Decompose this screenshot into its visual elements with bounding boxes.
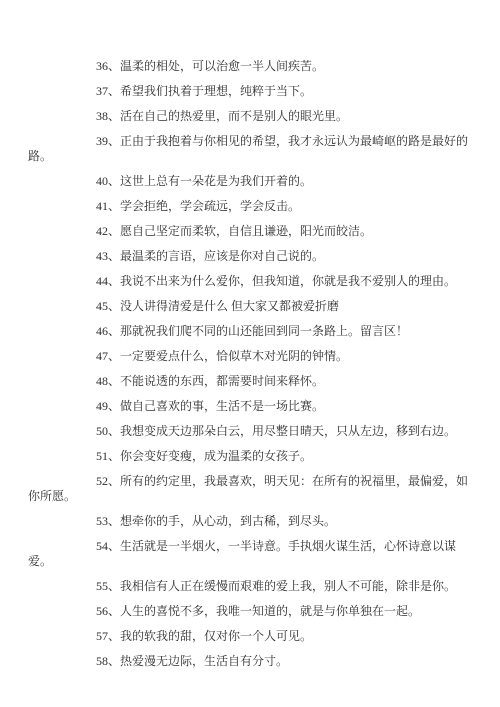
quote-item-39: 39、正由于我抱着与你相见的希望，我才永远认为最崎岖的路是最好的路。	[28, 134, 473, 164]
quote-item-36: 36、温柔的相处，可以治愈一半人间疾苦。	[28, 59, 473, 74]
quote-item-42: 42、愿自己坚定而柔软，自信且谦逊，阳光而皎洁。	[28, 224, 473, 239]
quote-item-54: 54、生活就是一半烟火，一半诗意。手执烟火谋生活，心怀诗意以谋爱。	[28, 539, 473, 569]
quote-item-48: 48、不能说透的东西，都需要时间来释怀。	[28, 374, 473, 389]
quote-item-44: 44、我说不出来为什么爱你，但我知道，你就是我不爱别人的理由。	[28, 274, 473, 289]
quote-item-47: 47、一定要爱点什么，恰似草木对光阴的钟情。	[28, 349, 473, 364]
quote-item-55: 55、我相信有人正在缓慢而艰难的爱上我，别人不可能，除非是你。	[28, 579, 473, 594]
document-page: 36、温柔的相处，可以治愈一半人间疾苦。 37、希望我们执着于理想，纯粹于当下。…	[0, 0, 500, 707]
quote-item-58: 58、热爱漫无边际，生活自有分寸。	[28, 654, 473, 669]
quote-item-57: 57、我的软我的甜，仅对你一个人可见。	[28, 629, 473, 644]
quote-item-51: 51、你会变好变瘦，成为温柔的女孩子。	[28, 449, 473, 464]
quote-item-38: 38、活在自己的热爱里，而不是别人的眼光里。	[28, 109, 473, 124]
quote-item-37: 37、希望我们执着于理想，纯粹于当下。	[28, 84, 473, 99]
quote-item-45: 45、没人讲得清爱是什么 但大家又都被爱折磨	[28, 299, 473, 314]
quote-item-40: 40、这世上总有一朵花是为我们开着的。	[28, 174, 473, 189]
quote-item-41: 41、学会拒绝，学会疏远，学会反击。	[28, 199, 473, 214]
quote-item-49: 49、做自己喜欢的事，生活不是一场比赛。	[28, 399, 473, 414]
quote-item-46: 46、那就祝我们爬不同的山还能回到同一条路上。留言区！	[28, 324, 473, 339]
quote-item-56: 56、人生的喜悦不多，我唯一知道的，就是与你单独在一起。	[28, 604, 473, 619]
quote-item-52: 52、所有的约定里，我最喜欢，明天见：在所有的祝福里，最偏爱，如你所愿。	[28, 474, 473, 504]
quote-item-43: 43、最温柔的言语，应该是你对自己说的。	[28, 249, 473, 264]
quote-item-53: 53、想牵你的手，从心动，到古稀，到尽头。	[28, 514, 473, 529]
quote-item-50: 50、我想变成天边那朵白云，用尽整日晴天，只从左边，移到右边。	[28, 424, 473, 439]
